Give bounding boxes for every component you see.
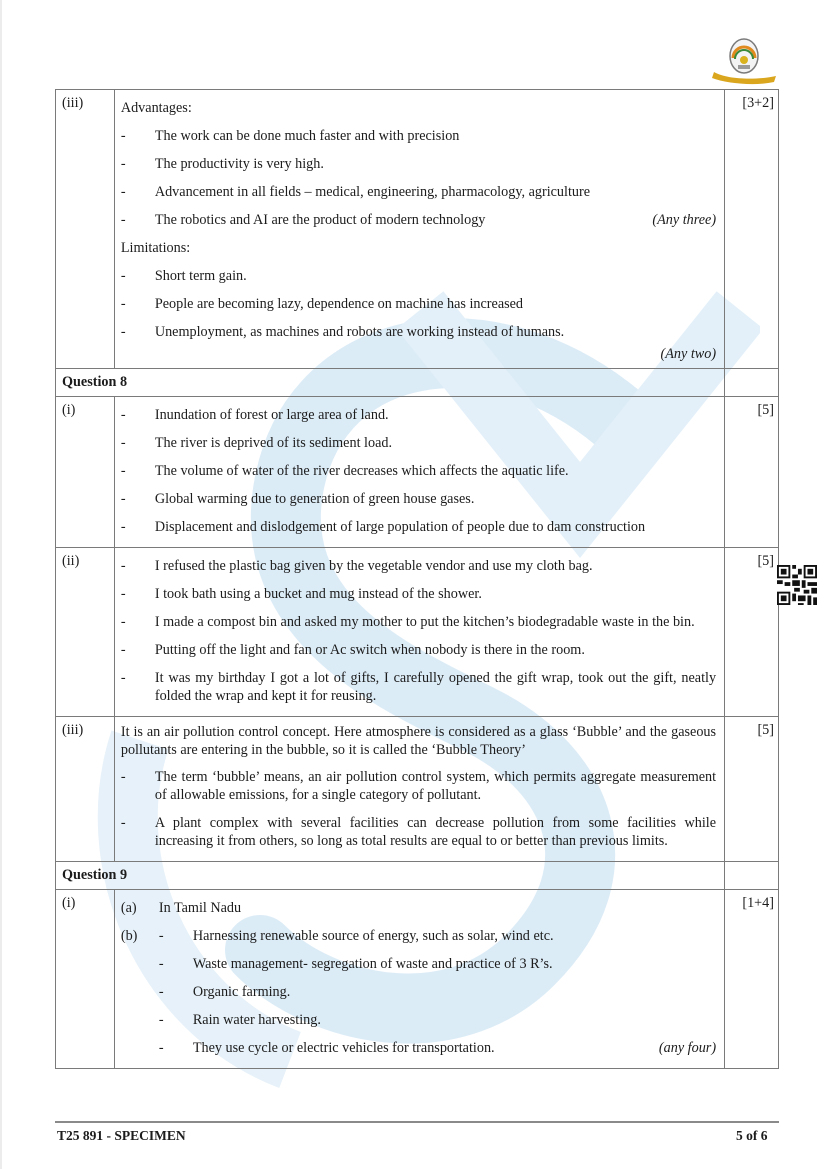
list-item: -Waste management- segregation of waste … <box>159 950 716 978</box>
question-heading-row: Question 9 <box>56 862 779 890</box>
row-number: (iii) <box>56 717 114 739</box>
list-item: -The term ‘bubble’ means, an air polluti… <box>121 763 716 809</box>
bullet: - <box>121 613 155 631</box>
marks: [1+4] <box>725 890 778 912</box>
bullet: - <box>121 490 155 508</box>
bullet: - <box>121 768 155 804</box>
marks: [3+2] <box>725 90 778 112</box>
list-item: -It was my birthday I got a lot of gifts… <box>121 664 716 710</box>
bullet: - <box>159 1039 193 1057</box>
list-item: -Global warming due to generation of gre… <box>121 485 716 513</box>
bullet: - <box>121 462 155 480</box>
bullet: - <box>121 406 155 424</box>
any-two-note: (Any two) <box>121 346 716 362</box>
list-item: -I refused the plastic bag given by the … <box>121 552 716 580</box>
advantages-heading: Advantages: <box>121 94 716 122</box>
bullet: - <box>159 955 193 973</box>
bullet: - <box>121 323 155 341</box>
row-number: (i) <box>56 397 114 419</box>
list-item: -A plant complex with several facilities… <box>121 809 716 855</box>
list-item: -Rain water harvesting. <box>159 1006 716 1034</box>
any-three-note: (Any three) <box>642 211 716 229</box>
marks: [5] <box>725 548 778 570</box>
list-item: -The volume of water of the river decrea… <box>121 457 716 485</box>
bullet: - <box>121 641 155 659</box>
bullet: - <box>121 518 155 536</box>
council-emblem-icon <box>708 34 780 86</box>
row-number: (i) <box>56 890 114 912</box>
bullet: - <box>159 927 193 945</box>
bullet: - <box>121 585 155 603</box>
bullet: - <box>121 267 155 285</box>
question-8-heading: Question 8 <box>56 369 724 396</box>
bullet: - <box>121 814 155 850</box>
marking-scheme-table: (iii) Advantages: -The work can be done … <box>55 89 779 1069</box>
bubble-theory-intro: It is an air pollution control concept. … <box>121 721 716 763</box>
list-item: -The robotics and AI are the product of … <box>121 206 716 234</box>
list-item: -Short term gain. <box>121 262 716 290</box>
footer-divider <box>55 1121 779 1123</box>
sub-label: (a) <box>121 899 159 917</box>
list-item: -Advancement in all fields – medical, en… <box>121 178 716 206</box>
sub-part-a: (a) In Tamil Nadu <box>121 894 716 922</box>
page-edge <box>0 0 2 1169</box>
list-item: -The river is deprived of its sediment l… <box>121 429 716 457</box>
bullet: - <box>121 669 155 705</box>
question-9-heading: Question 9 <box>56 862 724 889</box>
table-row: (iii) It is an air pollution control con… <box>56 717 779 862</box>
list-item: -I made a compost bin and asked my mothe… <box>121 608 716 636</box>
table-row: (iii) Advantages: -The work can be done … <box>56 90 779 369</box>
sub-label: (b) <box>121 922 159 1062</box>
table-row: (ii) -I refused the plastic bag given by… <box>56 548 779 717</box>
list-item: -Harnessing renewable source of energy, … <box>159 922 716 950</box>
list-item: -Putting off the light and fan or Ac swi… <box>121 636 716 664</box>
marks: [5] <box>725 717 778 739</box>
row-number: (ii) <box>56 548 114 570</box>
list-item: -Inundation of forest or large area of l… <box>121 401 716 429</box>
list-item: -People are becoming lazy, dependence on… <box>121 290 716 318</box>
any-four-note: (any four) <box>649 1039 716 1057</box>
bullet: - <box>159 983 193 1001</box>
limitations-heading: Limitations: <box>121 234 716 262</box>
table-row: (i) (a) In Tamil Nadu (b) -Harnessing re… <box>56 890 779 1069</box>
list-item: -I took bath using a bucket and mug inst… <box>121 580 716 608</box>
bullet: - <box>121 434 155 452</box>
bullet: - <box>121 127 155 145</box>
bullet: - <box>121 155 155 173</box>
list-item: -Displacement and dislodgement of large … <box>121 513 716 541</box>
paper-code: T25 891 - SPECIMEN <box>57 1128 186 1144</box>
list-item: -Unemployment, as machines and robots ar… <box>121 318 716 346</box>
bullet: - <box>159 1011 193 1029</box>
list-item: -The productivity is very high. <box>121 150 716 178</box>
list-item: -The work can be done much faster and wi… <box>121 122 716 150</box>
marks: [5] <box>725 397 778 419</box>
qr-code-icon <box>777 565 817 605</box>
table-row: (i) -Inundation of forest or large area … <box>56 397 779 548</box>
bullet: - <box>121 295 155 313</box>
row-number: (iii) <box>56 90 114 112</box>
page-number: 5 of 6 <box>736 1128 768 1144</box>
bullet: - <box>121 557 155 575</box>
question-heading-row: Question 8 <box>56 369 779 397</box>
list-item: -Organic farming. <box>159 978 716 1006</box>
sub-part-b: (b) -Harnessing renewable source of ener… <box>121 922 716 1062</box>
bullet: - <box>121 183 155 201</box>
list-item: -They use cycle or electric vehicles for… <box>159 1034 716 1062</box>
bullet: - <box>121 211 155 229</box>
